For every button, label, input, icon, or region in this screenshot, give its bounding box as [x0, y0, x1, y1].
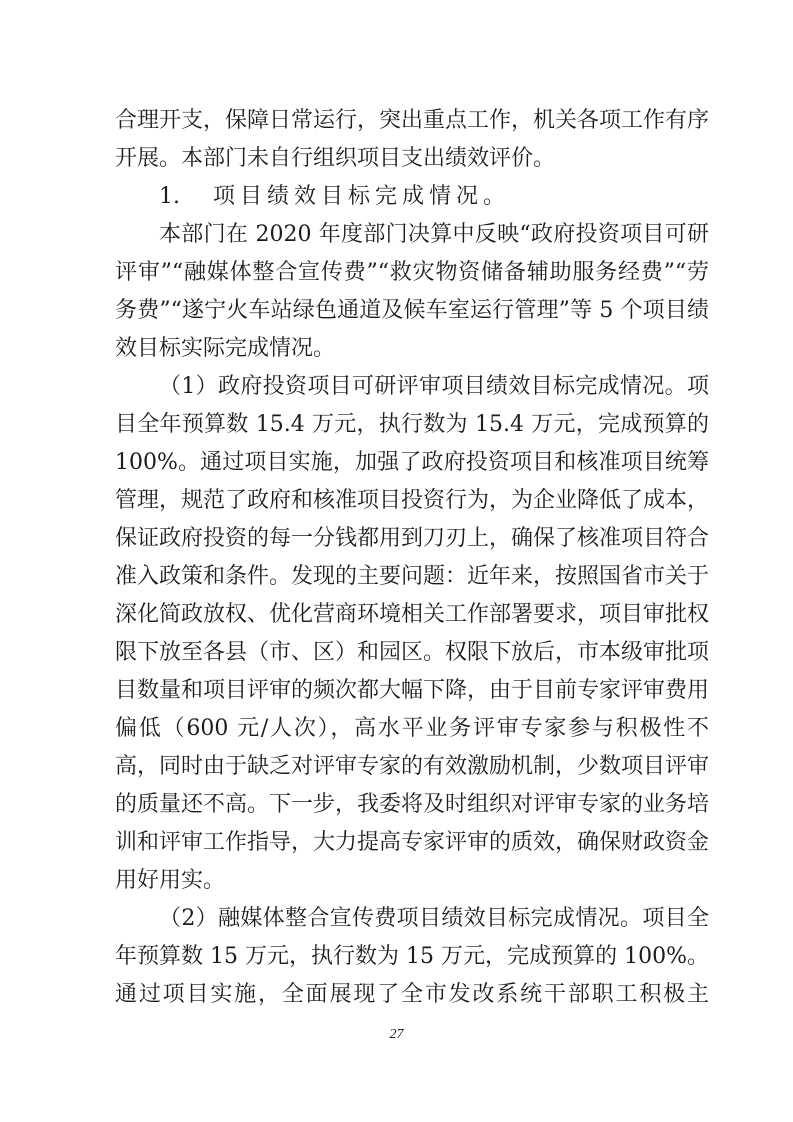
section-heading: 1. 项目绩效目标完成情况。 — [115, 178, 709, 216]
section-heading-number: 1. — [159, 184, 180, 209]
page-number: 27 — [0, 1026, 793, 1044]
body-paragraph: （2）融媒体整合宣传费项目绩效目标完成情况。项目全年预算数 15 万元，执行数为… — [115, 900, 709, 1014]
body-paragraph: 本部门在 2020 年度部门决算中反映“政府投资项目可研评审”“融媒体整合宣传费… — [115, 216, 709, 368]
body-paragraph: （1）政府投资项目可研评审项目绩效目标完成情况。项目全年预算数 15.4 万元，… — [115, 368, 709, 900]
section-heading-text: 项目绩效目标完成情况。 — [213, 184, 510, 209]
document-page: 合理开支，保障日常运行，突出重点工作，机关各项工作有序开展。本部门未自行组织项目… — [0, 0, 793, 1122]
body-paragraph-continuation: 合理开支，保障日常运行，突出重点工作，机关各项工作有序开展。本部门未自行组织项目… — [115, 102, 709, 178]
